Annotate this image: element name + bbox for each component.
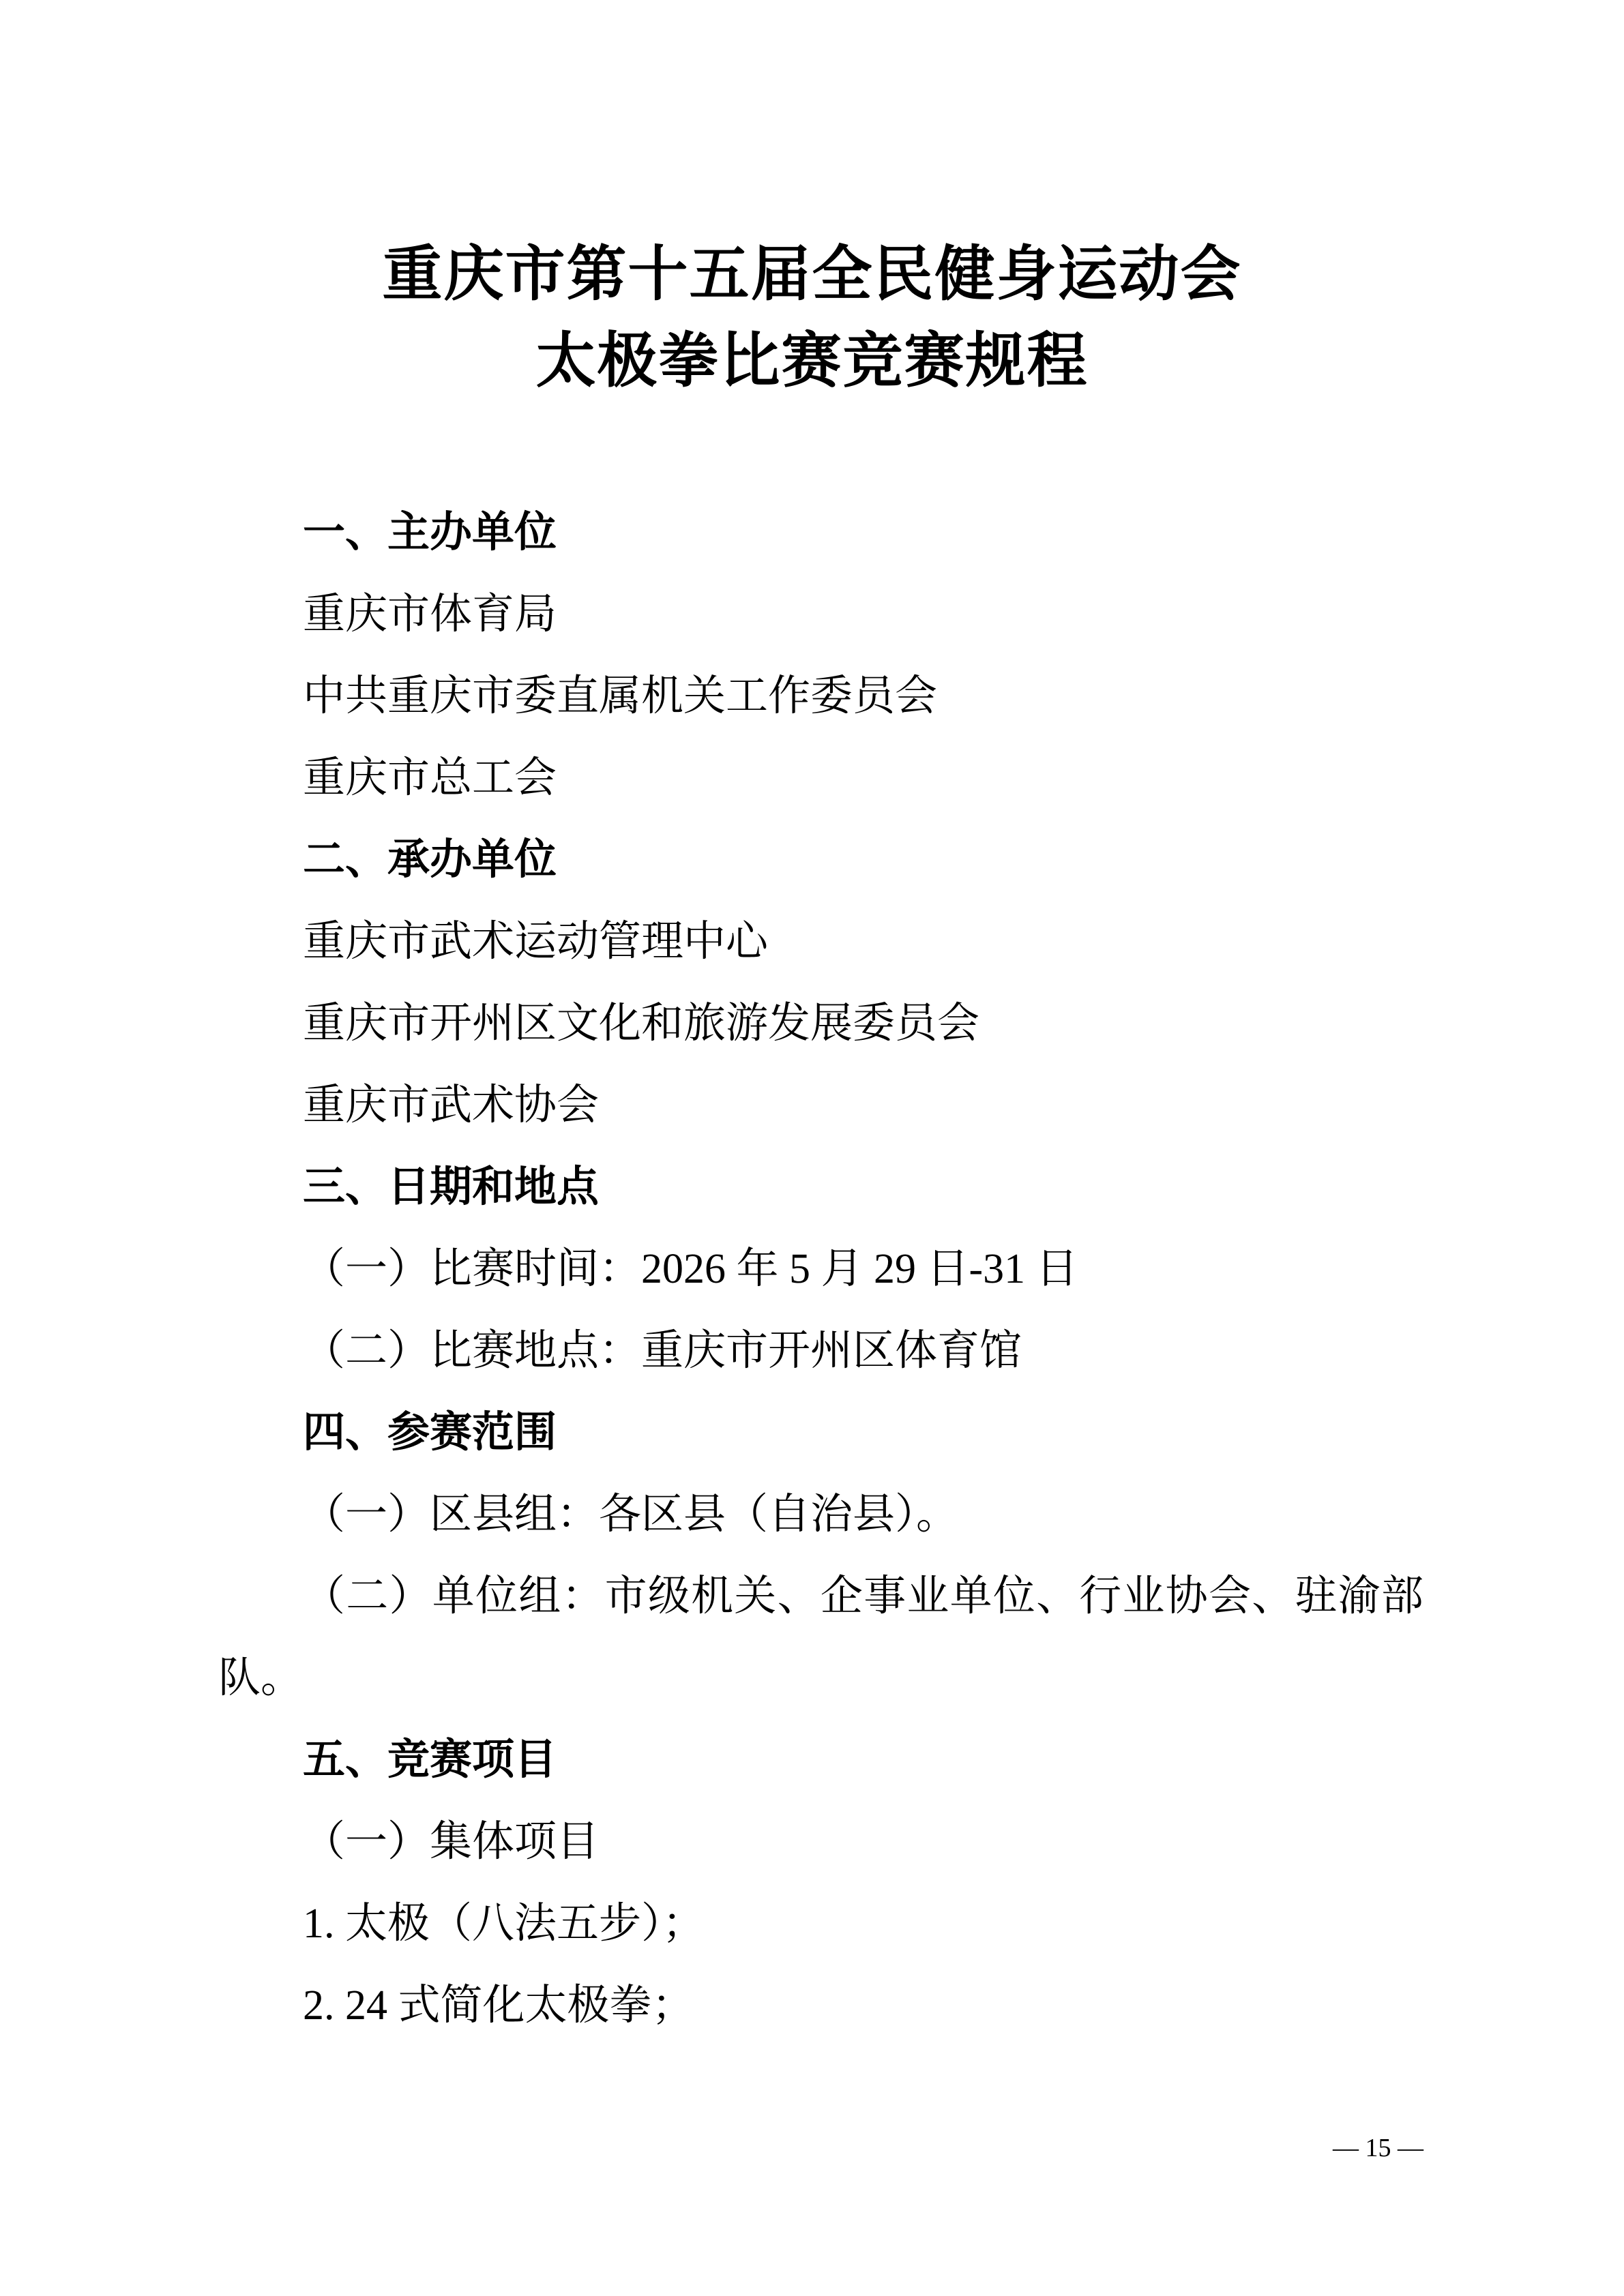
- section-heading-date-venue: 三、日期和地点: [218, 1146, 1423, 1228]
- para-group-events: （一）集体项目: [218, 1801, 1423, 1883]
- para-host-unit-3: 重庆市总工会: [218, 737, 1423, 819]
- para-organizing-unit-3: 重庆市武术协会: [218, 1064, 1423, 1146]
- para-organizing-unit-1: 重庆市武术运动管理中心: [218, 901, 1423, 983]
- para-competition-venue: （二）比赛地点：重庆市开州区体育馆: [218, 1310, 1423, 1392]
- para-host-unit-1: 重庆市体育局: [218, 573, 1423, 655]
- document-body: 一、主办单位 重庆市体育局 中共重庆市委直属机关工作委员会 重庆市总工会 二、承…: [218, 492, 1423, 2046]
- document-title-line-1: 重庆市第十五届全民健身运动会: [0, 232, 1624, 318]
- para-competition-time: （一）比赛时间：2026 年 5 月 29 日-31 日: [218, 1228, 1423, 1310]
- document-title-line-2: 太极拳比赛竞赛规程: [0, 318, 1624, 405]
- para-host-unit-2: 中共重庆市委直属机关工作委员会: [218, 655, 1423, 737]
- para-event-1: 1. 太极（八法五步）；: [218, 1883, 1423, 1965]
- para-organizing-unit-2: 重庆市开州区文化和旅游发展委员会: [218, 983, 1423, 1064]
- section-heading-organizing-units: 二、承办单位: [218, 819, 1423, 901]
- para-unit-group: （二）单位组：市级机关、企事业单位、行业协会、驻渝部队。: [218, 1555, 1423, 1719]
- document-title: 重庆市第十五届全民健身运动会 太极拳比赛竞赛规程: [0, 232, 1624, 405]
- section-heading-competition-events: 五、竞赛项目: [218, 1719, 1423, 1801]
- para-event-2: 2. 24 式简化太极拳；: [218, 1965, 1423, 2046]
- section-heading-host-units: 一、主办单位: [218, 492, 1423, 573]
- section-heading-participation-scope: 四、参赛范围: [218, 1392, 1423, 1474]
- document-page: 重庆市第十五届全民健身运动会 太极拳比赛竞赛规程 一、主办单位 重庆市体育局 中…: [0, 0, 1624, 2296]
- para-district-group: （一）区县组：各区县（自治县）。: [218, 1474, 1423, 1555]
- page-number: — 15 —: [1333, 2133, 1423, 2163]
